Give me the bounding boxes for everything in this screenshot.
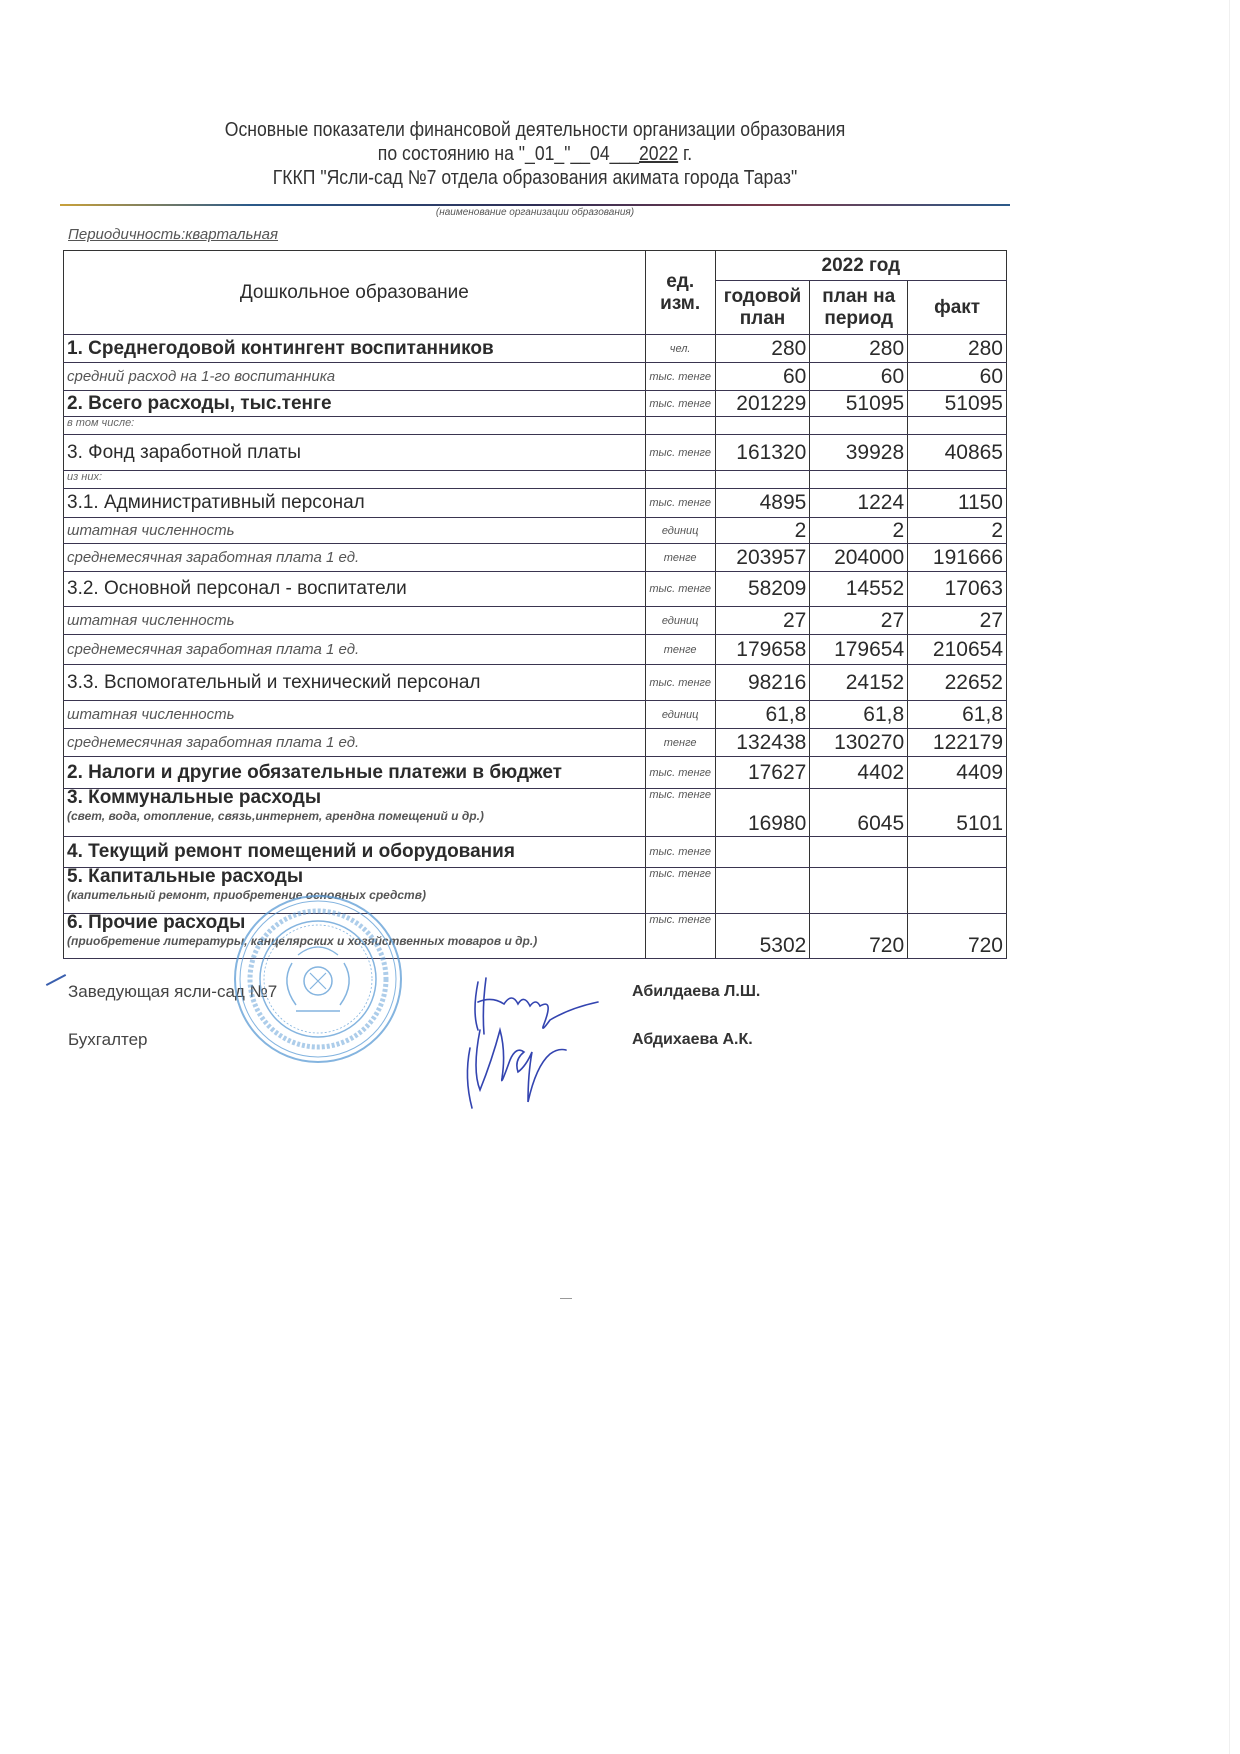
cell-annual: 17627 [715,757,810,789]
table-row-current-repair: 4. Текущий ремонт помещений и оборудован… [64,837,1007,868]
cell-fact: 40865 [908,435,1007,471]
accountant-title: Бухгалтер [68,1030,148,1050]
document-header: Основные показатели финансовой деятельно… [60,118,1010,190]
row-label: штатная численность [64,518,646,544]
cell-annual: 132438 [715,729,810,757]
row-label: средний расход на 1-го воспитанника [64,363,646,391]
row-label: 3. Фонд заработной платы [64,435,646,471]
cell-fact: 280 [908,335,1007,363]
row-label: среднемесячная заработная плата 1 ед. [64,729,646,757]
row-unit: единиц [645,701,715,729]
cell-period: 27 [810,607,908,635]
cell-period: 1224 [810,489,908,518]
table-row-teachers-headcount: штатная численностьединиц272727 [64,607,1007,635]
row-unit: тенге [645,635,715,665]
cell-fact: 122179 [908,729,1007,757]
row-label: 2. Налоги и другие обязательные платежи … [64,757,646,789]
cell-fact: 191666 [908,544,1007,572]
row-label: штатная численность [64,701,646,729]
table-row-teachers-salary: среднемесячная заработная плата 1 ед.тен… [64,635,1007,665]
row-label: в том числе: [64,417,646,435]
cell-fact: 17063 [908,572,1007,607]
row-unit: тыс. тенге [645,757,715,789]
cell-period [810,837,908,868]
official-round-stamp-icon [232,893,404,1065]
row-unit: единиц [645,518,715,544]
row-unit: тыс. тенге [645,789,715,837]
row-label: 3. Коммунальные расходы(свет, вода, отоп… [64,789,646,837]
row-unit: тенге [645,544,715,572]
table-row-admin-staff: 3.1. Административный персоналтыс. тенге… [64,489,1007,518]
cell-fact: 22652 [908,665,1007,701]
cell-annual [715,417,810,435]
table-row-capital-expenses: 5. Капитальные расходы(капительный ремон… [64,868,1007,914]
accountant-name: Абдихаева А.К. [632,1031,753,1049]
periodicity-label: Периодичность:квартальная [68,226,278,243]
row-unit: тыс. тенге [645,391,715,417]
cell-fact: 61,8 [908,701,1007,729]
row-label: 2. Всего расходы, тыс.тенге [64,391,646,417]
row-label: 3.2. Основной персонал - воспитатели [64,572,646,607]
cell-period [810,471,908,489]
organization-underline [60,204,1010,206]
cell-fact: 60 [908,363,1007,391]
table-row-admin-headcount: штатная численностьединиц222 [64,518,1007,544]
scan-artifact [560,1298,572,1299]
document-title: Основные показатели финансовой деятельно… [117,118,953,142]
cell-annual: 60 [715,363,810,391]
cell-fact [908,868,1007,914]
report-date: по состоянию на "_01_"__04___2022 г. [117,142,953,166]
row-label: из них: [64,471,646,489]
table-row-support-salary: среднемесячная заработная плата 1 ед.тен… [64,729,1007,757]
column-header-period-plan: план на период [810,281,908,335]
column-header-year: 2022 год [715,251,1006,281]
table-row-utilities: 3. Коммунальные расходы(свет, вода, отоп… [64,789,1007,837]
cell-period: 280 [810,335,908,363]
table-row-teachers: 3.2. Основной персонал - воспитателитыс.… [64,572,1007,607]
row-label: среднемесячная заработная плата 1 ед. [64,544,646,572]
row-unit: тыс. тенге [645,363,715,391]
row-unit: тенге [645,729,715,757]
cell-annual: 2 [715,518,810,544]
report-year: 2022 [639,143,678,165]
row-label: 3.3. Вспомогательный и технический персо… [64,665,646,701]
cell-fact: 4409 [908,757,1007,789]
cell-period [810,868,908,914]
cell-period: 14552 [810,572,908,607]
cell-period: 24152 [810,665,908,701]
cell-annual [715,868,810,914]
cell-annual: 201229 [715,391,810,417]
row-label: 3.1. Административный персонал [64,489,646,518]
row-unit [645,417,715,435]
table-row-of-which: из них: [64,471,1007,489]
cell-fact: 27 [908,607,1007,635]
cell-fact [908,837,1007,868]
column-header-fact: факт [908,281,1007,335]
row-label: 1. Среднегодовой контингент воспитаннико… [64,335,646,363]
organization-caption: (наименование организации образования) [60,207,1010,218]
cell-fact: 210654 [908,635,1007,665]
row-unit: единиц [645,607,715,635]
pen-tick-mark [46,974,66,986]
cell-annual: 16980 [715,789,810,837]
cell-fact: 1150 [908,489,1007,518]
column-header-category: Дошкольное образование [64,251,646,335]
cell-annual: 161320 [715,435,810,471]
row-unit: чел. [645,335,715,363]
table-row-support-staff: 3.3. Вспомогательный и технический персо… [64,665,1007,701]
row-unit: тыс. тенге [645,572,715,607]
table-row-total-expenses: 2. Всего расходы, тыс.тенгетыс. тенге201… [64,391,1007,417]
column-header-annual-plan: годовой план [715,281,810,335]
cell-fact: 2 [908,518,1007,544]
cell-period: 4402 [810,757,908,789]
cell-annual: 5302 [715,914,810,959]
cell-period: 51095 [810,391,908,417]
row-label: среднемесячная заработная плата 1 ед. [64,635,646,665]
row-unit [645,471,715,489]
cell-period: 720 [810,914,908,959]
cell-fact [908,417,1007,435]
cell-period: 130270 [810,729,908,757]
cell-annual: 61,8 [715,701,810,729]
table-row-taxes: 2. Налоги и другие обязательные платежи … [64,757,1007,789]
cell-period: 61,8 [810,701,908,729]
row-unit: тыс. тенге [645,837,715,868]
financial-indicators-table: Дошкольное образование ед. изм. 2022 год… [63,250,1007,959]
row-unit: тыс. тенге [645,489,715,518]
column-header-unit: ед. изм. [645,251,715,335]
cell-annual: 58209 [715,572,810,607]
row-unit: тыс. тенге [645,435,715,471]
cell-fact: 720 [908,914,1007,959]
cell-annual: 179658 [715,635,810,665]
row-label: 4. Текущий ремонт помещений и оборудован… [64,837,646,868]
cell-fact: 5101 [908,789,1007,837]
row-note: (свет, вода, отопление, связь,интернет, … [67,807,642,825]
cell-period: 179654 [810,635,908,665]
table-row-other-expenses: 6. Прочие расходы(приобретение литератур… [64,914,1007,959]
cell-period: 60 [810,363,908,391]
cell-period: 6045 [810,789,908,837]
table-row-payroll-fund: 3. Фонд заработной платытыс. тенге161320… [64,435,1007,471]
cell-period: 204000 [810,544,908,572]
table-row-support-headcount: штатная численностьединиц61,861,861,8 [64,701,1007,729]
row-label: штатная численность [64,607,646,635]
cell-annual: 4895 [715,489,810,518]
table-row-admin-salary: среднемесячная заработная плата 1 ед.тен… [64,544,1007,572]
cell-fact: 51095 [908,391,1007,417]
cell-annual: 280 [715,335,810,363]
table-row-including: в том числе: [64,417,1007,435]
cell-annual [715,837,810,868]
cell-period: 39928 [810,435,908,471]
head-name: Абилдаева Л.Ш. [632,983,760,1001]
cell-fact [908,471,1007,489]
cell-period: 2 [810,518,908,544]
signature-scribble-icon [450,960,620,1110]
cell-period [810,417,908,435]
cell-annual: 203957 [715,544,810,572]
row-unit: тыс. тенге [645,665,715,701]
cell-annual: 98216 [715,665,810,701]
row-unit: тыс. тенге [645,868,715,914]
table-row-contingent: 1. Среднегодовой контингент воспитаннико… [64,335,1007,363]
row-unit: тыс. тенге [645,914,715,959]
organization-name: ГККП "Ясли-сад №7 отдела образования аки… [117,166,953,190]
cell-annual [715,471,810,489]
scan-edge [1229,0,1230,1754]
table-row-avg-cost: средний расход на 1-го воспитанникатыс. … [64,363,1007,391]
cell-annual: 27 [715,607,810,635]
